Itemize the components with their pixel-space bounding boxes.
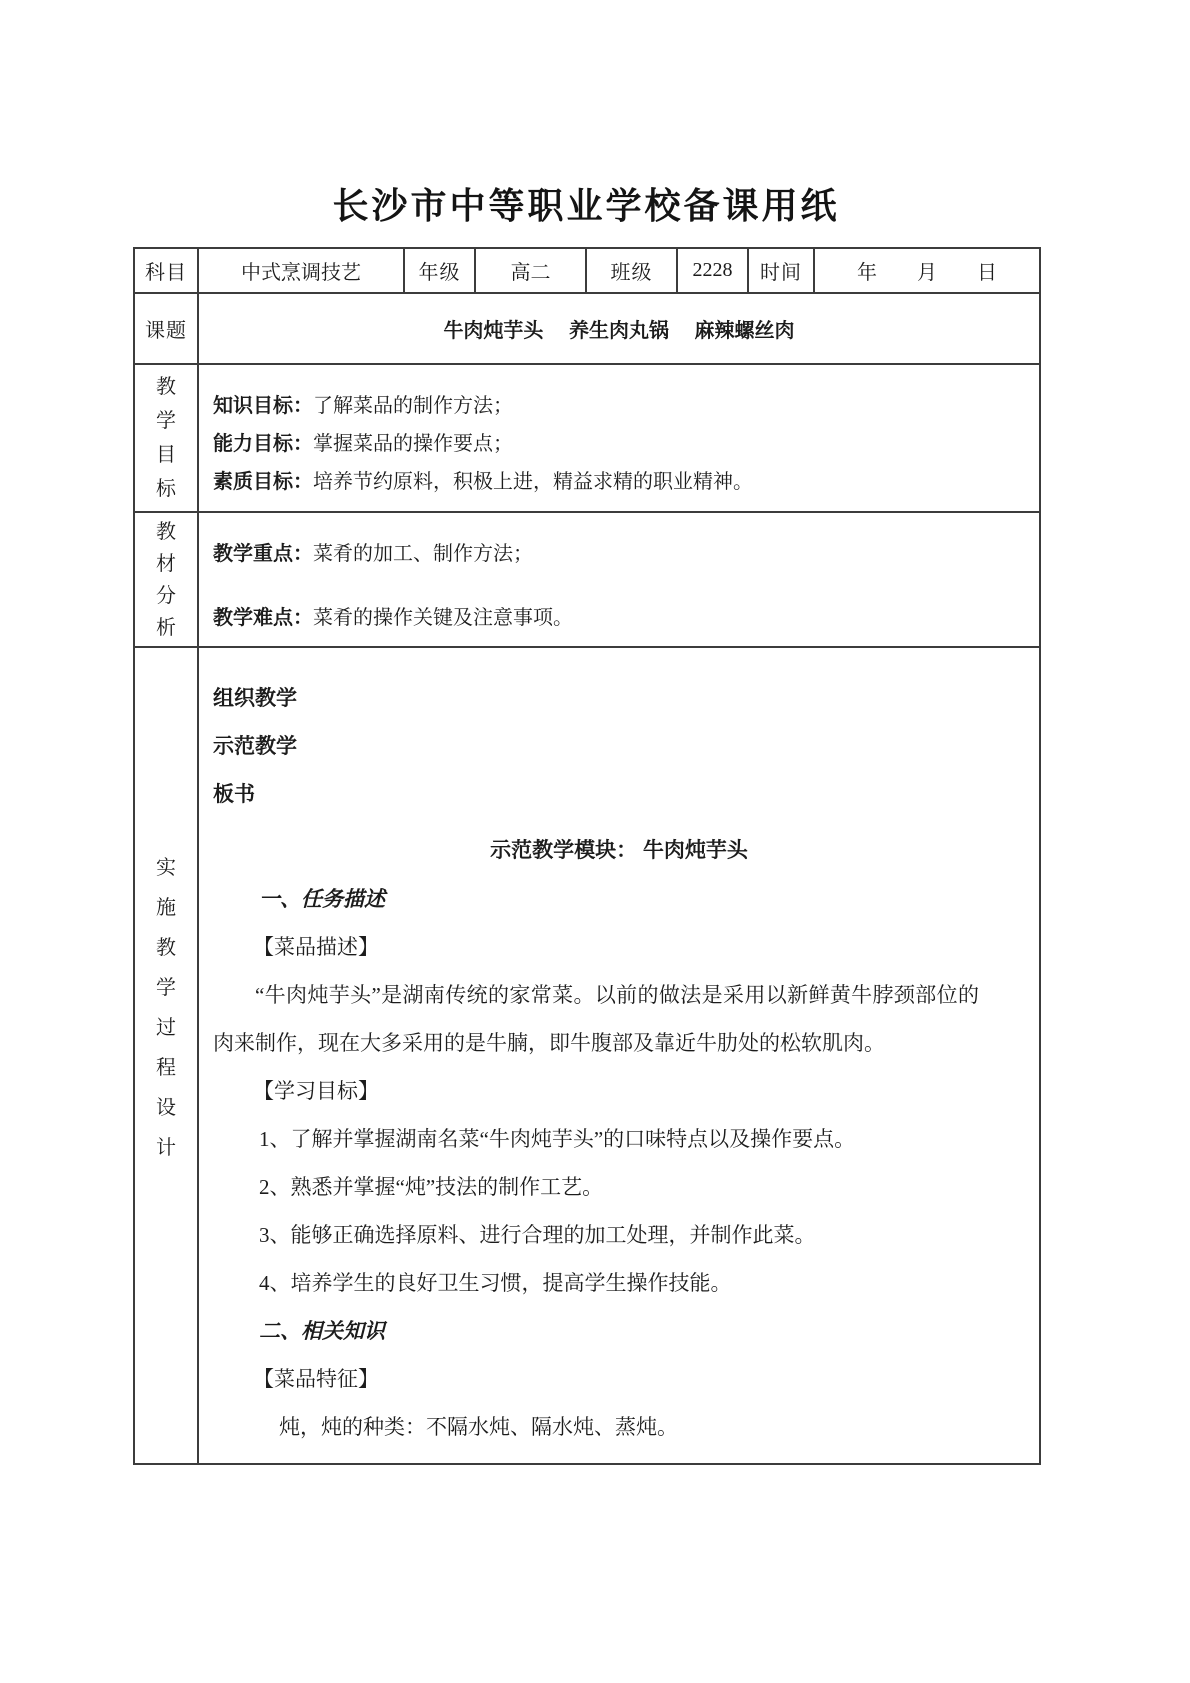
topic-label: 课题 [134, 293, 198, 364]
analysis-item: 教学难点：菜肴的操作关键及注意事项。 [213, 602, 1025, 634]
dish-features-label: 【菜品特征】 [213, 1355, 1025, 1403]
analysis-item: 教学重点：菜肴的加工、制作方法； [213, 538, 1025, 570]
dish-features-text: 炖，炖的种类：不隔水炖、隔水炖、蒸炖。 [213, 1403, 1025, 1451]
time-value: 年 月 日 [814, 248, 1040, 293]
objectives-row: 教学目标 知识目标：了解菜品的制作方法； 能力目标：掌握菜品的操作要点； 素质目… [134, 364, 1040, 512]
learning-goal-item: 4、培养学生的良好卫生习惯，提高学生操作技能。 [213, 1259, 1025, 1307]
time-label: 时间 [748, 248, 814, 293]
class-value: 2228 [677, 248, 748, 293]
section1-title: 一、任务描述 [213, 875, 1025, 923]
demo-teaching-heading: 示范教学 [213, 723, 1025, 771]
objectives-label: 教学目标 [155, 370, 177, 506]
learning-goal-item: 2、熟悉并掌握“炖”技法的制作工艺。 [213, 1163, 1025, 1211]
objective-text: 了解菜品的制作方法； [313, 395, 513, 417]
analysis-content-cell: 教学重点：菜肴的加工、制作方法； 教学难点：菜肴的操作关键及注意事项。 [198, 512, 1040, 647]
subject-label: 科目 [134, 248, 198, 293]
objectives-content-cell: 知识目标：了解菜品的制作方法； 能力目标：掌握菜品的操作要点； 素质目标：培养节… [198, 364, 1040, 512]
objective-text: 掌握菜品的操作要点； [313, 433, 513, 455]
learning-goals-label: 【学习目标】 [213, 1067, 1025, 1115]
process-label: 实施教学过程设计 [155, 848, 177, 1168]
objective-name: 知识目标： [213, 395, 313, 417]
process-label-cell: 实施教学过程设计 [134, 647, 198, 1464]
topic-row: 课题 牛肉炖芋头 养生肉丸锅 麻辣螺丝肉 [134, 293, 1040, 364]
objective-item: 能力目标：掌握菜品的操作要点； [213, 425, 1025, 463]
objective-item: 知识目标：了解菜品的制作方法； [213, 387, 1025, 425]
subject-value: 中式烹调技艺 [198, 248, 404, 293]
learning-goal-item: 1、了解并掌握湖南名菜“牛肉炖芋头”的口味特点以及操作要点。 [213, 1115, 1025, 1163]
lesson-plan-table: 科目 中式烹调技艺 年级 高二 班级 2228 时间 年 月 日 课题 牛肉炖芋… [133, 247, 1041, 1465]
organize-teaching-heading: 组织教学 [213, 675, 1025, 723]
board-writing-heading: 板书 [213, 771, 1025, 819]
page: 长沙市中等职业学校备课用纸 科目 中式烹调技艺 年级 高二 班级 2228 时间… [0, 0, 1190, 1683]
analysis-text: 菜肴的操作关键及注意事项。 [313, 607, 573, 629]
analysis-label: 教材分析 [155, 516, 177, 644]
page-title: 长沙市中等职业学校备课用纸 [133, 178, 1039, 229]
grade-label: 年级 [404, 248, 475, 293]
analysis-name: 教学难点： [213, 607, 313, 629]
class-label: 班级 [586, 248, 677, 293]
analysis-label-cell: 教材分析 [134, 512, 198, 647]
process-row: 实施教学过程设计 组织教学 示范教学 板书 示范教学模块： 牛肉炖芋头 一、任务… [134, 647, 1040, 1464]
analysis-text: 菜肴的加工、制作方法； [313, 543, 533, 565]
objective-item: 素质目标：培养节约原料，积极上进，精益求精的职业精神。 [213, 463, 1025, 501]
dish-description-label: 【菜品描述】 [213, 923, 1025, 971]
analysis-row: 教材分析 教学重点：菜肴的加工、制作方法； 教学难点：菜肴的操作关键及注意事项。 [134, 512, 1040, 647]
objective-name: 能力目标： [213, 433, 313, 455]
objective-name: 素质目标： [213, 471, 313, 493]
learning-goal-item: 3、能够正确选择原料、进行合理的加工处理，并制作此菜。 [213, 1211, 1025, 1259]
dish-description-paragraph: “牛肉炖芋头”是湖南传统的家常菜。以前的做法是采用以新鲜黄牛脖颈部位的肉来制作，… [213, 971, 1025, 1067]
grade-value: 高二 [475, 248, 586, 293]
process-content-cell: 组织教学 示范教学 板书 示范教学模块： 牛肉炖芋头 一、任务描述 【菜品描述】… [198, 647, 1040, 1464]
info-row: 科目 中式烹调技艺 年级 高二 班级 2228 时间 年 月 日 [134, 248, 1040, 293]
analysis-name: 教学重点： [213, 543, 313, 565]
module-title: 示范教学模块： 牛肉炖芋头 [213, 827, 1025, 875]
topic-value: 牛肉炖芋头 养生肉丸锅 麻辣螺丝肉 [198, 293, 1040, 364]
objective-text: 培养节约原料，积极上进，精益求精的职业精神。 [313, 471, 753, 493]
section2-title: 二、相关知识 [213, 1307, 1025, 1355]
objectives-label-cell: 教学目标 [134, 364, 198, 512]
